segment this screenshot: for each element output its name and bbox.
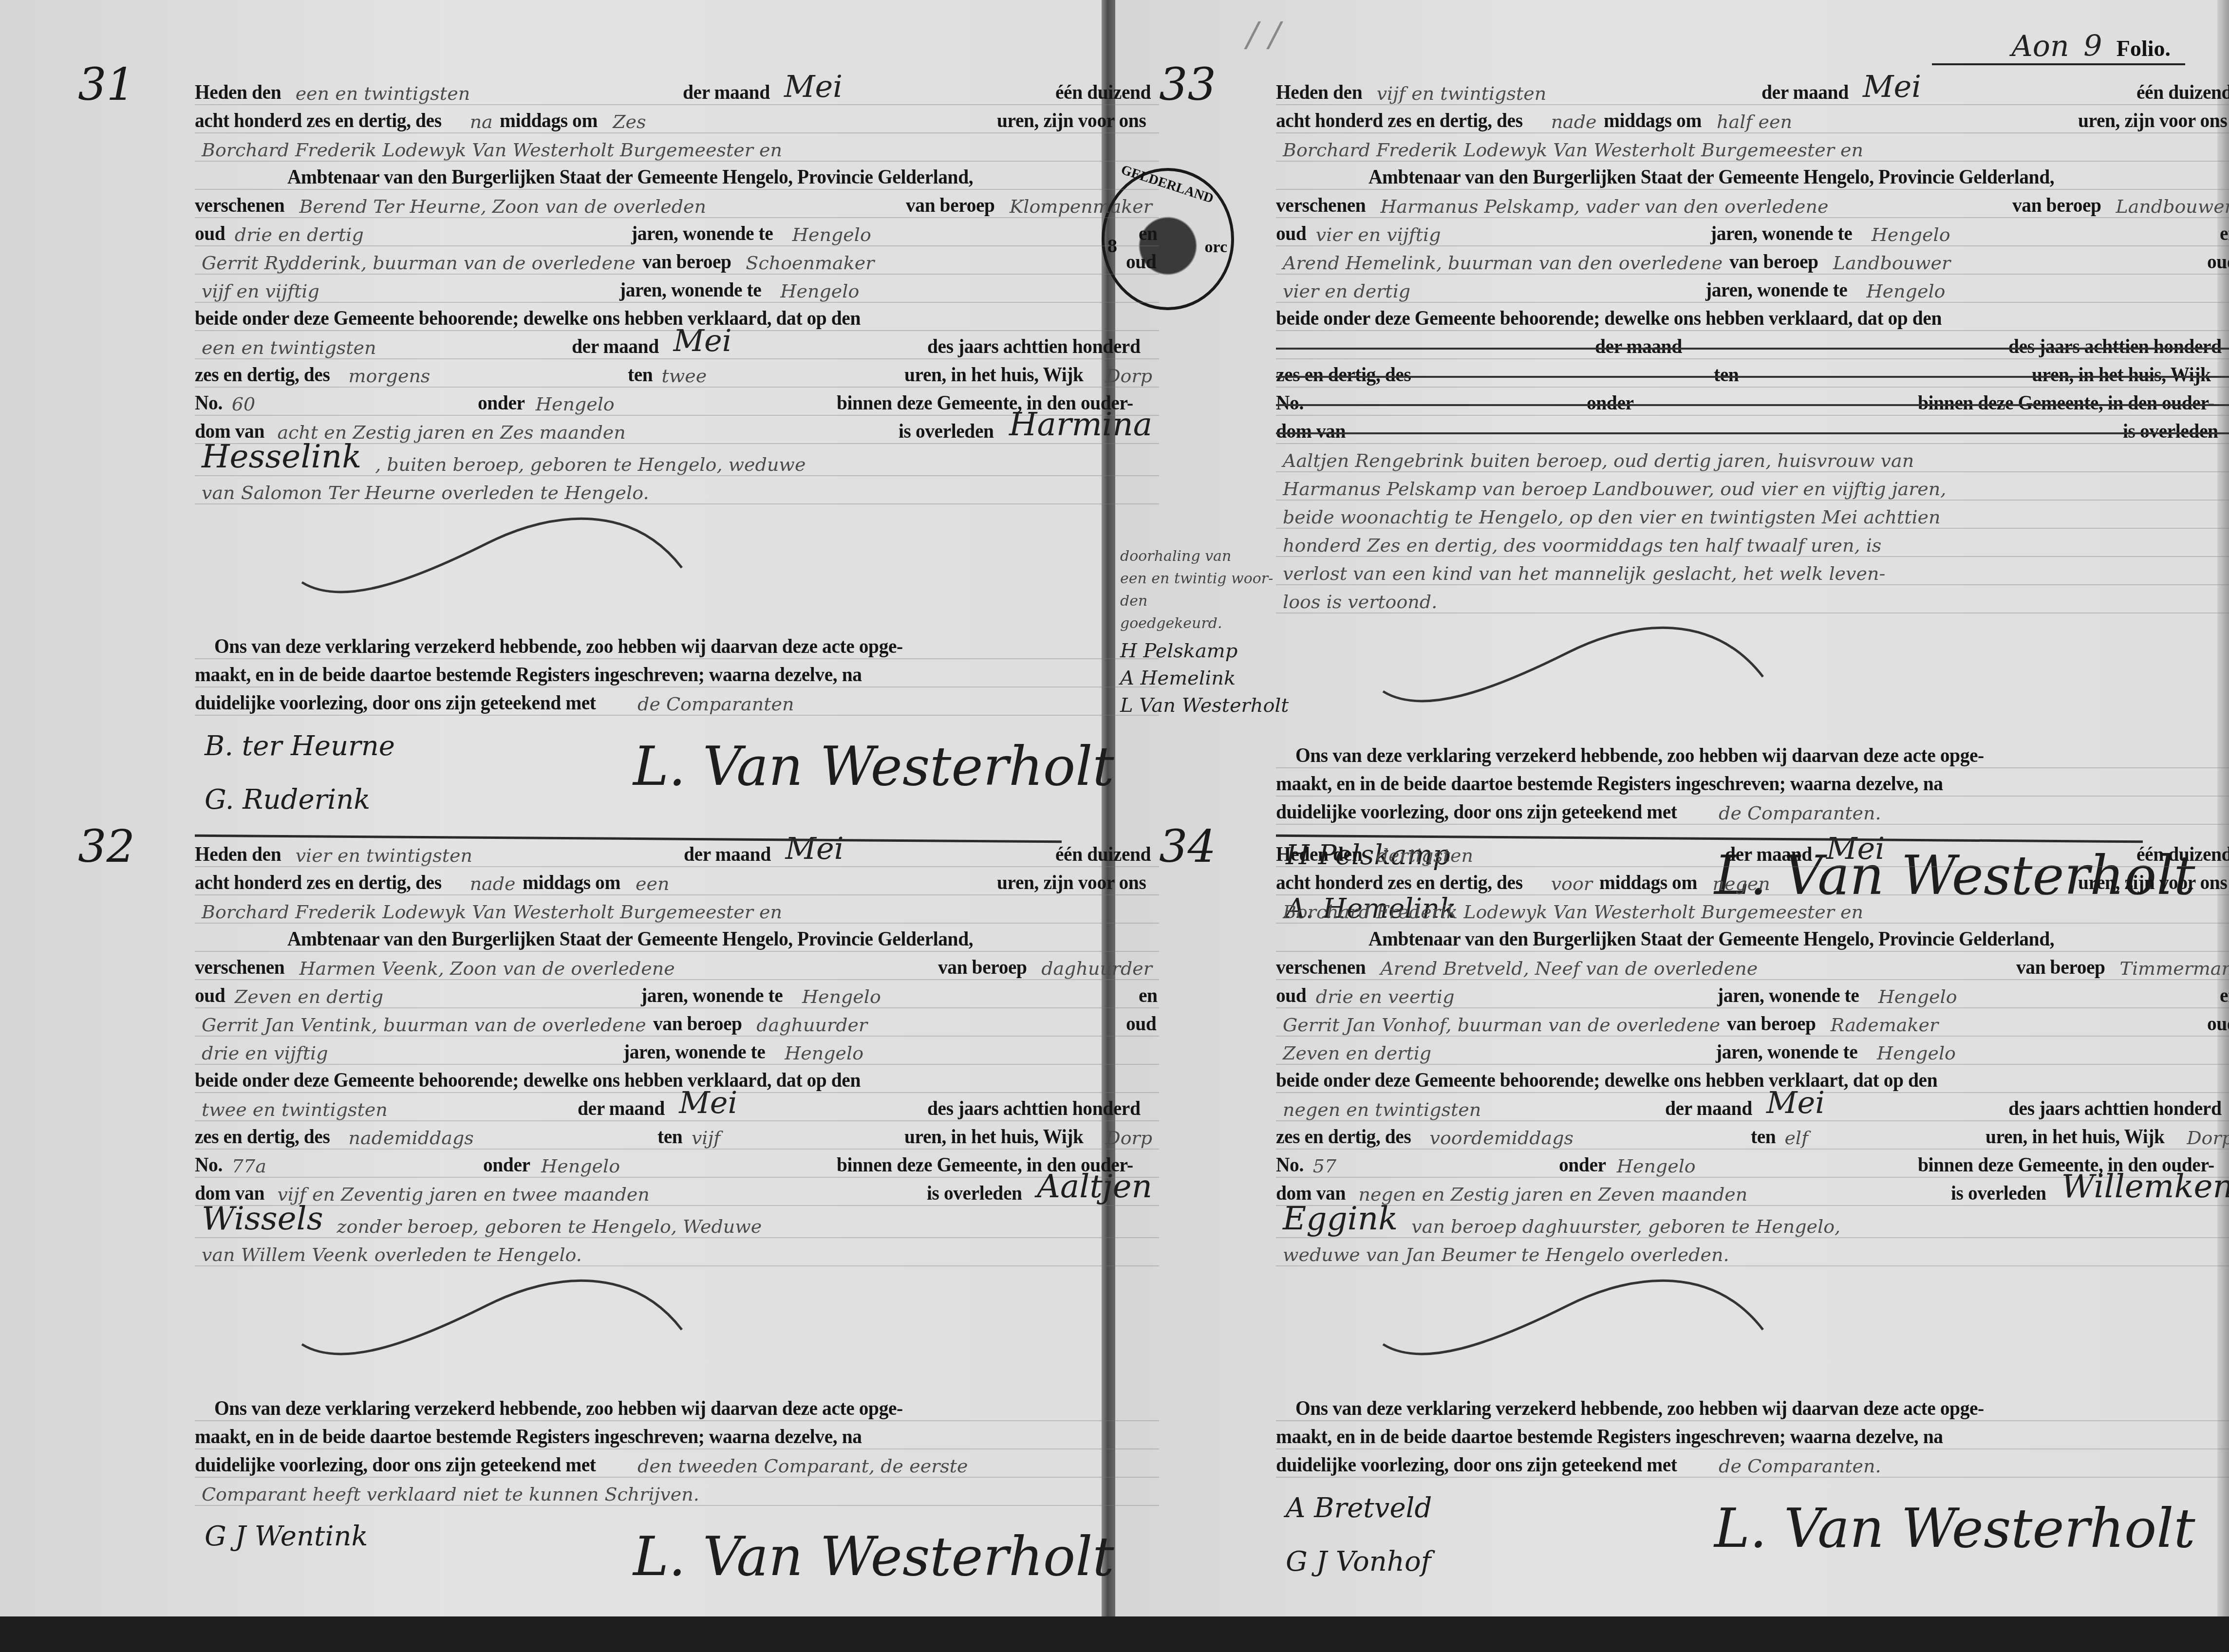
printed-form-text: der maand	[683, 80, 770, 104]
body-line: verlost van een kind van het mannelijk g…	[1276, 557, 2229, 585]
printed-form-text: middags om	[523, 871, 620, 894]
record-number: 34	[1159, 820, 1216, 872]
folio-number: 9	[2083, 29, 2102, 63]
printed-form-text: ten	[657, 1125, 682, 1149]
printed-form-text: jaren, wonende te	[1717, 984, 1859, 1007]
deceased-last-name: Wissels	[195, 1200, 330, 1237]
printed-form-text: Ambtenaar van den Burgerlijken Staat der…	[287, 165, 973, 189]
declarant-2-residence: Hengelo	[773, 280, 866, 302]
form-line: maakt, en in de beide daartoe bestemde R…	[195, 659, 1159, 687]
day-part: nade	[463, 873, 523, 894]
printed-form-text: der maand	[1725, 842, 1812, 866]
printed-form-text: duidelijke voorlezing, door ons zijn get…	[195, 1453, 596, 1477]
death-hour: elf	[1778, 1127, 1815, 1149]
deceased-details: van Salomon Ter Heurne overleden te Heng…	[195, 482, 656, 503]
declarant-1-residence: Hengelo	[1865, 224, 1957, 245]
printed-form-text: No.	[1276, 1153, 1304, 1177]
printed-form-text: ten	[628, 363, 653, 387]
witness-signature: A Bretveld	[1286, 1492, 1432, 1524]
death-month: Mei	[1760, 1085, 1832, 1120]
printed-form-text: acht honderd zes en dertig, des	[195, 871, 442, 894]
signed-with: de Comparanten.	[1712, 802, 1888, 824]
form-line: vijf en vijftigjaren, wonende teHengelo	[195, 275, 1159, 303]
declarant-2: Gerrit Rydderink, buurman van de overled…	[195, 252, 642, 274]
closing-flourish	[1364, 618, 1802, 706]
declarant-2-occupation: daghuurder	[749, 1014, 874, 1036]
record-number: 32	[78, 820, 135, 872]
death-record-31: 31 Heden deneen en twintigstender maandM…	[195, 73, 1159, 862]
declarant-1-age: vier en vijftig	[1309, 224, 1448, 245]
printed-form-text: Ons van deze verklaring verzekerd hebben…	[214, 634, 903, 658]
form-line: Ambtenaar van den Burgerlijken Staat der…	[1276, 162, 2229, 190]
death-hour: twee	[655, 365, 714, 387]
printed-form-text: één duizend	[1055, 80, 1151, 104]
form-line: ouddrie en veertigjaren, wonende teHenge…	[1276, 980, 2229, 1008]
official-name: Borchard Frederik Lodewyk Van Westerholt…	[1276, 901, 1870, 923]
form-line: zes en dertig, desmorgenstentweeuren, in…	[195, 359, 1159, 388]
declarant-1-residence: Hengelo	[795, 986, 888, 1007]
folio-label: Folio.	[2117, 36, 2171, 61]
printed-form-text: jaren, wonende te	[1705, 278, 1847, 302]
printed-form-text: zes en dertig, des	[1276, 363, 1411, 387]
form-line: duidelijke voorlezing, door ons zijn get…	[1276, 797, 2229, 825]
printed-form-text: oud	[1126, 1012, 1156, 1036]
printed-form-text: middags om	[1604, 109, 1702, 132]
official-name: Borchard Frederik Lodewyk Van Westerholt…	[195, 901, 789, 923]
deceased-line: van Salomon Ter Heurne overleden te Heng…	[195, 476, 1159, 504]
month: Mei	[1819, 831, 1892, 866]
printed-form-text: Ambtenaar van den Burgerlijken Staat der…	[1368, 165, 2054, 189]
printed-form-text: onder	[1559, 1153, 1606, 1177]
deceased-details: van beroep daghuurster, geboren te Henge…	[1405, 1216, 1847, 1237]
form-line: Borchard Frederik Lodewyk Van Westerholt…	[195, 895, 1159, 924]
printed-form-text: jaren, wonende te	[641, 984, 783, 1007]
form-line: Ons van deze verklaring verzekerd hebben…	[195, 1393, 1159, 1421]
month: Mei	[779, 831, 851, 866]
form-line: Borchard Frederik Lodewyk Van Westerholt…	[1276, 895, 2229, 924]
form-line: verschenenHarmanus Pelskamp, vader van d…	[1276, 190, 2229, 218]
printed-form-text: No.	[1276, 391, 1304, 415]
declarant-1: Harmen Veenk, Zoon van de overledene	[292, 958, 681, 979]
mayor-signature: L. Van Westerholt	[633, 735, 1114, 798]
form-line: Ambtenaar van den Burgerlijken Staat der…	[1276, 924, 2229, 952]
declarant-1: Arend Bretveld, Neef van de overledene	[1373, 958, 1764, 979]
body-line: Aaltjen Rengebrink buiten beroep, oud de…	[1276, 444, 2229, 472]
printed-form-text: uren, zijn voor ons	[997, 109, 1146, 132]
hour: negen	[1705, 873, 1777, 894]
form-line: Gerrit Rydderink, buurman van de overled…	[195, 246, 1159, 275]
margin-note-line: den	[1120, 590, 1289, 613]
printed-form-text: der maand	[684, 842, 771, 866]
death-day-part: voordemiddags	[1423, 1127, 1581, 1149]
onder-place: Hengelo	[529, 393, 621, 415]
form-line: Zeven en dertigjaren, wonende teHengelo	[1276, 1037, 2229, 1065]
age-at-death: negen en Zestig jaren en Zeven maanden	[1351, 1184, 1754, 1205]
form-line: oudvier en vijftigjaren, wonende teHenge…	[1276, 218, 2229, 246]
printed-form-text: onder	[478, 391, 525, 415]
printed-form-text: Ons van deze verklaring verzekerd hebben…	[1295, 1396, 1984, 1420]
printed-form-text: Ons van deze verklaring verzekerd hebben…	[1295, 743, 1984, 767]
declarant-2-age: Zeven en dertig	[1276, 1042, 1438, 1064]
form-line: oudZeven en dertigjaren, wonende teHenge…	[195, 980, 1159, 1008]
signatures: A BretveldG J VonhofL. Van Westerholt	[1276, 1478, 2229, 1616]
body-line: Harmanus Pelskamp van beroep Landbouwer,…	[1276, 472, 2229, 501]
printed-form-text: en	[2220, 984, 2229, 1007]
record-body: Hesselink, buiten beroep, geboren te Hen…	[195, 444, 1159, 504]
declarant-2-age: vijf en vijftig	[195, 280, 326, 302]
official-name: Borchard Frederik Lodewyk Van Westerholt…	[1276, 139, 1870, 161]
printed-form-text: jaren, wonende te	[619, 278, 761, 302]
printed-form-text: oud	[1276, 222, 1306, 245]
margin-note-line: doorhaling van	[1120, 545, 1289, 568]
signatures: G J WentinkL. Van Westerholt	[195, 1506, 1159, 1616]
handwritten-text: loos is vertoond.	[1276, 591, 1444, 613]
form-line: beide onder deze Gemeente behoorende; de…	[1276, 303, 2229, 331]
hour: een	[629, 873, 676, 894]
death-day: twee en twintigsten	[195, 1099, 394, 1120]
form-line: duidelijke voorlezing, door ons zijn get…	[1276, 1449, 2229, 1478]
printed-form-text: is overleden	[899, 419, 994, 443]
form-line: acht honderd zes en dertig, desvoormidda…	[1276, 867, 2229, 895]
printed-form-text: uren, zijn voor ons	[2078, 109, 2227, 132]
form-line: dom vanis overleden	[1276, 416, 2229, 444]
form-line: verschenenArend Bretveld, Neef van de ov…	[1276, 952, 2229, 980]
declarant-2-age: drie en vijftig	[195, 1042, 335, 1064]
form-line: Comparant heeft verklaard niet te kunnen…	[195, 1478, 1159, 1506]
printed-form-text: één duizend	[2136, 80, 2229, 104]
declarant-1-residence: Hengelo	[1872, 986, 1964, 1007]
printed-form-text: acht honderd zes en dertig, des	[195, 109, 442, 132]
printed-form-text: van beroep	[938, 955, 1027, 979]
body-line: beide woonachtig te Hengelo, op den vier…	[1276, 501, 2229, 529]
form-line: zes en dertig, desvoordemiddagstenelfure…	[1276, 1121, 2229, 1150]
printed-form-text: des jaars achttien honderd	[927, 1096, 1141, 1120]
house-number: 60	[225, 393, 262, 415]
form-line: drie en vijftigjaren, wonende teHengelo	[195, 1037, 1159, 1065]
deceased-line: Hesselink, buiten beroep, geboren te Hen…	[195, 444, 1159, 476]
form-line: Heden denvijf en twintigstender maandMei…	[1276, 73, 2229, 105]
witness-signature: B. ter Heurne	[205, 730, 395, 762]
date-day: vier en twintigsten	[289, 845, 479, 866]
deceased-line: Wissels zonder beroep, geboren te Hengel…	[195, 1206, 1159, 1238]
printed-form-text: der maand	[1595, 334, 1682, 358]
margin-note-line: goedgekeurd.	[1120, 613, 1289, 635]
printed-form-text: uren, zijn voor ons	[2078, 871, 2227, 894]
hour: half een	[1710, 111, 1799, 132]
declarant-1-occupation: Landbouwer	[2109, 196, 2229, 217]
form-line: dom vanvijf en Zeventig jaren en twee ma…	[195, 1178, 1159, 1206]
form-line: Borchard Frederik Lodewyk Van Westerholt…	[195, 133, 1159, 162]
form-line: Ambtenaar van den Burgerlijken Staat der…	[195, 924, 1159, 952]
printed-form-text: jaren, wonende te	[631, 222, 773, 245]
printed-form-text: middags om	[1599, 871, 1697, 894]
printed-form-text: van beroep	[2016, 955, 2105, 979]
death-hour: vijf	[685, 1127, 727, 1149]
printed-form-text: en	[1139, 222, 1158, 245]
printed-form-text: jaren, wonende te	[1710, 222, 1852, 245]
folio-rule	[1932, 63, 2185, 65]
month: Mei	[777, 69, 849, 104]
printed-form-text: Heden den	[1276, 80, 1362, 104]
form-line: maakt, en in de beide daartoe bestemde R…	[195, 1421, 1159, 1449]
record-body: Eggink van beroep daghuurster, geboren t…	[1276, 1206, 2229, 1266]
form-line: Ambtenaar van den Burgerlijken Staat der…	[195, 162, 1159, 190]
death-day: negen en twintigsten	[1276, 1099, 1488, 1120]
printed-form-text: ten	[1751, 1125, 1776, 1149]
margin-signature: A Hemelink	[1120, 667, 1289, 689]
declared-line: beide onder deze Gemeente behoorende; de…	[1276, 1068, 1937, 1092]
printed-form-text: één duizend	[1055, 842, 1151, 866]
handwritten-text: Aaltjen Rengebrink buiten beroep, oud de…	[1276, 450, 1921, 471]
signed-with: de Comparanten	[631, 693, 801, 715]
printed-form-text: duidelijke voorlezing, door ons zijn get…	[195, 691, 596, 715]
form-line: Gerrit Jan Ventink, buurman van de overl…	[195, 1008, 1159, 1037]
printed-form-text: middags om	[500, 109, 598, 132]
pencil-mark: / /	[1247, 15, 1280, 55]
record-body: Wissels zonder beroep, geboren te Hengel…	[195, 1206, 1159, 1266]
declared-line: beide onder deze Gemeente behoorende; de…	[195, 306, 861, 330]
printed-form-text: en	[1139, 984, 1158, 1007]
mayor-signature: L. Van Westerholt	[633, 1525, 1114, 1588]
printed-form-text: van beroep	[1729, 250, 1818, 274]
closing-flourish	[1364, 1271, 1802, 1359]
printed-form-text: ten	[1714, 363, 1739, 387]
form-line: maakt, en in de beide daartoe bestemde R…	[1276, 768, 2229, 797]
declarant-1-age: drie en dertig	[228, 224, 371, 245]
printed-form-text: acht honderd zes en dertig, des	[1276, 109, 1523, 132]
printed-form-text: No.	[195, 1153, 223, 1177]
form-line: Gerrit Jan Vonhof, buurman van de overle…	[1276, 1008, 2229, 1037]
death-record-34: 34 Heden dendertigstender maandMeiéén du…	[1276, 835, 2229, 1616]
form-line: Arend Hemelink, buurman van den overlede…	[1276, 246, 2229, 275]
printed-form-text: verschenen	[195, 193, 284, 217]
declarant-1-residence: Hengelo	[786, 224, 878, 245]
margin-note: doorhaling vaneen en twintig woor-dengoe…	[1120, 545, 1289, 717]
printed-form-text: uren, in het huis, Wijk	[2032, 363, 2211, 387]
printed-form-text: is overleden	[2123, 419, 2218, 443]
printed-form-text: Heden den	[195, 842, 281, 866]
form-line: Borchard Frederik Lodewyk Van Westerholt…	[1276, 133, 2229, 162]
form-line: ouddrie en dertigjaren, wonende teHengel…	[195, 218, 1159, 246]
printed-form-text: maakt, en in de beide daartoe bestemde R…	[195, 1425, 862, 1448]
form-line: No.77aonderHengelobinnen deze Gemeente, …	[195, 1150, 1159, 1178]
form-line: Heden deneen en twintigstender maandMeié…	[195, 73, 1159, 105]
date-day: een en twintigsten	[289, 83, 477, 104]
declarant-2: Gerrit Jan Vonhof, buurman van de overle…	[1276, 1014, 1727, 1036]
printed-form-text: Ambtenaar van den Burgerlijken Staat der…	[1368, 927, 2054, 951]
printed-form-text: des jaars achttien honderd	[927, 334, 1141, 358]
wijk: Dorp	[1099, 365, 1159, 387]
printed-form-text: uren, zijn voor ons	[997, 871, 1146, 894]
printed-form-text: des jaars achttien honderd	[2008, 334, 2222, 358]
declarant-2-residence: Hengelo	[1859, 280, 1952, 302]
deceased-details: zonder beroep, geboren te Hengelo, Weduw…	[330, 1216, 769, 1237]
form-line: Ons van deze verklaring verzekerd hebben…	[1276, 1393, 2229, 1421]
margin-signature: L Van Westerholt	[1120, 694, 1289, 717]
handwritten-text: honderd Zes en dertig, des voormiddags t…	[1276, 535, 1888, 556]
deceased-first-name: Aaltjen	[1030, 1168, 1159, 1205]
form-line: verschenenHarmen Veenk, Zoon van de over…	[195, 952, 1159, 980]
body-line: loos is vertoond.	[1276, 585, 2229, 613]
signed-with-continued: Comparant heeft verklaard niet te kunnen…	[195, 1484, 706, 1505]
printed-form-text: van beroep	[906, 193, 995, 217]
handwritten-text: beide woonachtig te Hengelo, op den vier…	[1276, 506, 1948, 528]
record-number: 31	[78, 58, 135, 111]
date-day: dertigsten	[1370, 845, 1480, 866]
printed-form-text: oud	[195, 222, 225, 245]
printed-form-text: der maand	[1665, 1096, 1752, 1120]
record-number: 33	[1159, 58, 1216, 111]
printed-form-text: zes en dertig, des	[195, 363, 330, 387]
folio-annotation: Aon	[2012, 29, 2069, 63]
wijk: Dorp	[2180, 1127, 2229, 1149]
form-line: No.onderbinnen deze Gemeente, in den oud…	[1276, 388, 2229, 416]
deceased-details: weduwe van Jan Beumer te Hengelo overled…	[1276, 1244, 1736, 1265]
printed-form-text: van beroep	[653, 1012, 742, 1036]
printed-form-text: is overleden	[1951, 1181, 2046, 1205]
form-line: maakt, en in de beide daartoe bestemde R…	[1276, 1421, 2229, 1449]
death-record-32: 32 Heden denvier en twintigstender maand…	[195, 835, 1159, 1616]
date-day: vijf en twintigsten	[1370, 83, 1554, 104]
declarant-1-occupation: Timmerman	[2113, 958, 2229, 979]
onder-place: Hengelo	[1610, 1155, 1703, 1177]
declarant-2-residence: Hengelo	[1870, 1042, 1963, 1064]
printed-form-text: der maand	[1761, 80, 1849, 104]
day-part: nade	[1544, 111, 1604, 132]
official-name: Borchard Frederik Lodewyk Van Westerholt…	[195, 139, 789, 161]
printed-form-text: duidelijke voorlezing, door ons zijn get…	[1276, 800, 1677, 824]
wijk: Dorp	[1099, 1127, 1159, 1149]
declarant-1: Harmanus Pelskamp, vader van den overled…	[1373, 196, 1835, 217]
deceased-line: weduwe van Jan Beumer te Hengelo overled…	[1276, 1238, 2229, 1266]
deceased-first-name: Harmina	[1002, 406, 1159, 443]
stamp-text-right: orc	[1204, 238, 1227, 257]
printed-form-text: des jaars achttien honderd	[2008, 1096, 2222, 1120]
printed-form-text: jaren, wonende te	[623, 1040, 765, 1064]
deceased-details: van Willem Veenk overleden te Hengelo.	[195, 1244, 589, 1265]
day-part: voor	[1544, 873, 1599, 894]
body-line: honderd Zes en dertig, des voormiddags t…	[1276, 529, 2229, 557]
printed-form-text: maakt, en in de beide daartoe bestemde R…	[1276, 1425, 1943, 1448]
printed-form-text: van beroep	[1727, 1012, 1816, 1036]
printed-form-text: oud	[195, 984, 225, 1007]
margin-note-line: een en twintig woor-	[1120, 568, 1289, 590]
declarant-2-age: vier en dertig	[1276, 280, 1417, 302]
deceased-details: , buiten beroep, geboren te Hengelo, wed…	[368, 454, 812, 475]
printed-form-text: der maand	[572, 334, 659, 358]
declarant-1-age: drie en veertig	[1309, 986, 1461, 1007]
onder-place: Hengelo	[534, 1155, 627, 1177]
declared-line: beide onder deze Gemeente behoorende; de…	[195, 1068, 861, 1092]
printed-form-text: van beroep	[642, 250, 731, 274]
deceased-line: van Willem Veenk overleden te Hengelo.	[195, 1238, 1159, 1266]
hour: Zes	[606, 111, 653, 132]
declarant-2-occupation: Schoenmaker	[739, 252, 881, 274]
death-day: een en twintigsten	[195, 337, 383, 358]
declarant-2-residence: Hengelo	[778, 1042, 870, 1064]
signed-with: de Comparanten.	[1712, 1455, 1888, 1477]
declarant-2: Gerrit Jan Ventink, buurman van de overl…	[195, 1014, 653, 1036]
deceased-last-name: Hesselink	[195, 438, 368, 475]
printed-form-text: uren, in het huis, Wijk	[1985, 1125, 2165, 1149]
printed-form-text: Heden den	[195, 80, 281, 104]
form-line: twee en twintigstender maandMeides jaars…	[195, 1093, 1159, 1121]
printed-form-text: duidelijke voorlezing, door ons zijn get…	[1276, 1453, 1677, 1477]
witness-signature: G J Wentink	[205, 1521, 368, 1552]
printed-form-text: uren, in het huis, Wijk	[904, 1125, 1084, 1149]
closing-flourish	[282, 509, 721, 597]
form-line: acht honderd zes en dertig, desnamiddags…	[195, 105, 1159, 133]
printed-form-text: maakt, en in de beide daartoe bestemde R…	[195, 663, 862, 687]
signed-with: den tweeden Comparant, de eerste	[631, 1455, 975, 1477]
printed-form-text: is overleden	[927, 1181, 1022, 1205]
printed-form-text: No.	[195, 391, 223, 415]
folio-header: Aon 9 Folio.	[2012, 29, 2171, 63]
deceased-first-name: Willemken	[2055, 1168, 2229, 1205]
printed-form-text: Ons van deze verklaring verzekerd hebben…	[214, 1396, 903, 1420]
form-line: zes en dertig, destenuren, in het huis, …	[1276, 359, 2229, 388]
form-line: een en twintigstender maandMeides jaars …	[195, 331, 1159, 359]
printed-form-text: der maand	[578, 1096, 665, 1120]
death-month: Mei	[667, 323, 739, 358]
declarant-1-occupation: Klompenmaker	[1003, 196, 1159, 217]
form-line: acht honderd zes en dertig, desnademidda…	[1276, 105, 2229, 133]
house-number: 57	[1306, 1155, 1343, 1177]
declarant-1-occupation: daghuurder	[1034, 958, 1159, 979]
printed-form-text: van beroep	[2012, 193, 2101, 217]
form-line: Ons van deze verklaring verzekerd hebben…	[195, 631, 1159, 659]
day-part: na	[463, 111, 500, 132]
handwritten-text: Harmanus Pelskamp van beroep Landbouwer,…	[1276, 478, 1953, 500]
printed-form-text: Heden den	[1276, 842, 1362, 866]
death-day-part: nademiddags	[342, 1127, 481, 1149]
printed-form-text: verschenen	[1276, 193, 1366, 217]
printed-form-text: één duizend	[2136, 842, 2229, 866]
witness-signature: G. Ruderink	[205, 784, 370, 816]
printed-form-text: oud	[2207, 1012, 2229, 1036]
printed-form-text: verschenen	[1276, 955, 1366, 979]
form-line: der maanddes jaars achttien honderd	[1276, 331, 2229, 359]
form-line: Ons van deze verklaring verzekerd hebben…	[1276, 740, 2229, 768]
printed-form-text: onder	[1587, 391, 1634, 415]
register-spread: / / Aon 9 Folio. GELDERLAND 8 orc 31 Hed…	[0, 0, 2229, 1616]
printed-form-text: zes en dertig, des	[195, 1125, 330, 1149]
printed-form-text: onder	[483, 1153, 530, 1177]
form-line: zes en dertig, desnademiddagstenvijfuren…	[195, 1121, 1159, 1150]
declarant-2: Arend Hemelink, buurman van den overlede…	[1276, 252, 1729, 274]
margin-signature: H Pelskamp	[1120, 640, 1289, 662]
closing-flourish	[282, 1271, 721, 1359]
printed-form-text: dom van	[1276, 419, 1346, 443]
witness-signature: G J Vonhof	[1286, 1546, 1431, 1578]
printed-form-text: jaren, wonende te	[1716, 1040, 1857, 1064]
form-line: beide onder deze Gemeente behoorende; de…	[1276, 1065, 2229, 1093]
printed-form-text: Ambtenaar van den Burgerlijken Staat der…	[287, 927, 973, 951]
form-line: duidelijke voorlezing, door ons zijn get…	[195, 1449, 1159, 1478]
printed-form-text: binnen deze Gemeente, in den ouder-	[1918, 391, 2214, 415]
deceased-line: Eggink van beroep daghuurster, geboren t…	[1276, 1206, 2229, 1238]
declarant-2-occupation: Rademaker	[1824, 1014, 1945, 1036]
printed-form-text: oud	[2207, 250, 2229, 274]
printed-form-text: verschenen	[195, 955, 284, 979]
deceased-last-name: Eggink	[1276, 1200, 1405, 1237]
printed-form-text: maakt, en in de beide daartoe bestemde R…	[1276, 772, 1943, 796]
declarant-1-age: Zeven en dertig	[228, 986, 390, 1007]
form-line: negen en twintigstender maandMeides jaar…	[1276, 1093, 2229, 1121]
form-line: acht honderd zes en dertig, desnademidda…	[195, 867, 1159, 895]
house-number: 77a	[225, 1155, 273, 1177]
printed-form-text: en	[2220, 222, 2229, 245]
